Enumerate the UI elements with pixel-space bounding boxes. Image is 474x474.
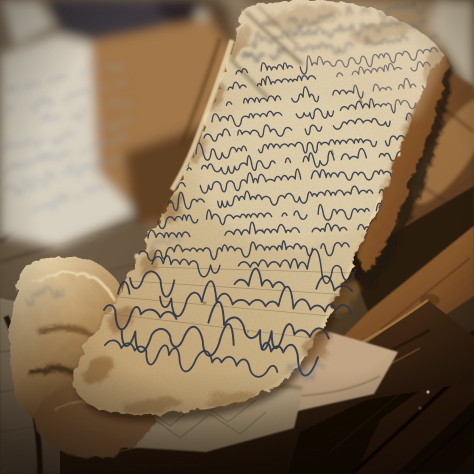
bottom-shade — [0, 370, 474, 474]
photograph-old-handwritten-letters: Photograph of aged handwritten letters w… — [0, 0, 474, 474]
photo-scene — [0, 0, 474, 474]
